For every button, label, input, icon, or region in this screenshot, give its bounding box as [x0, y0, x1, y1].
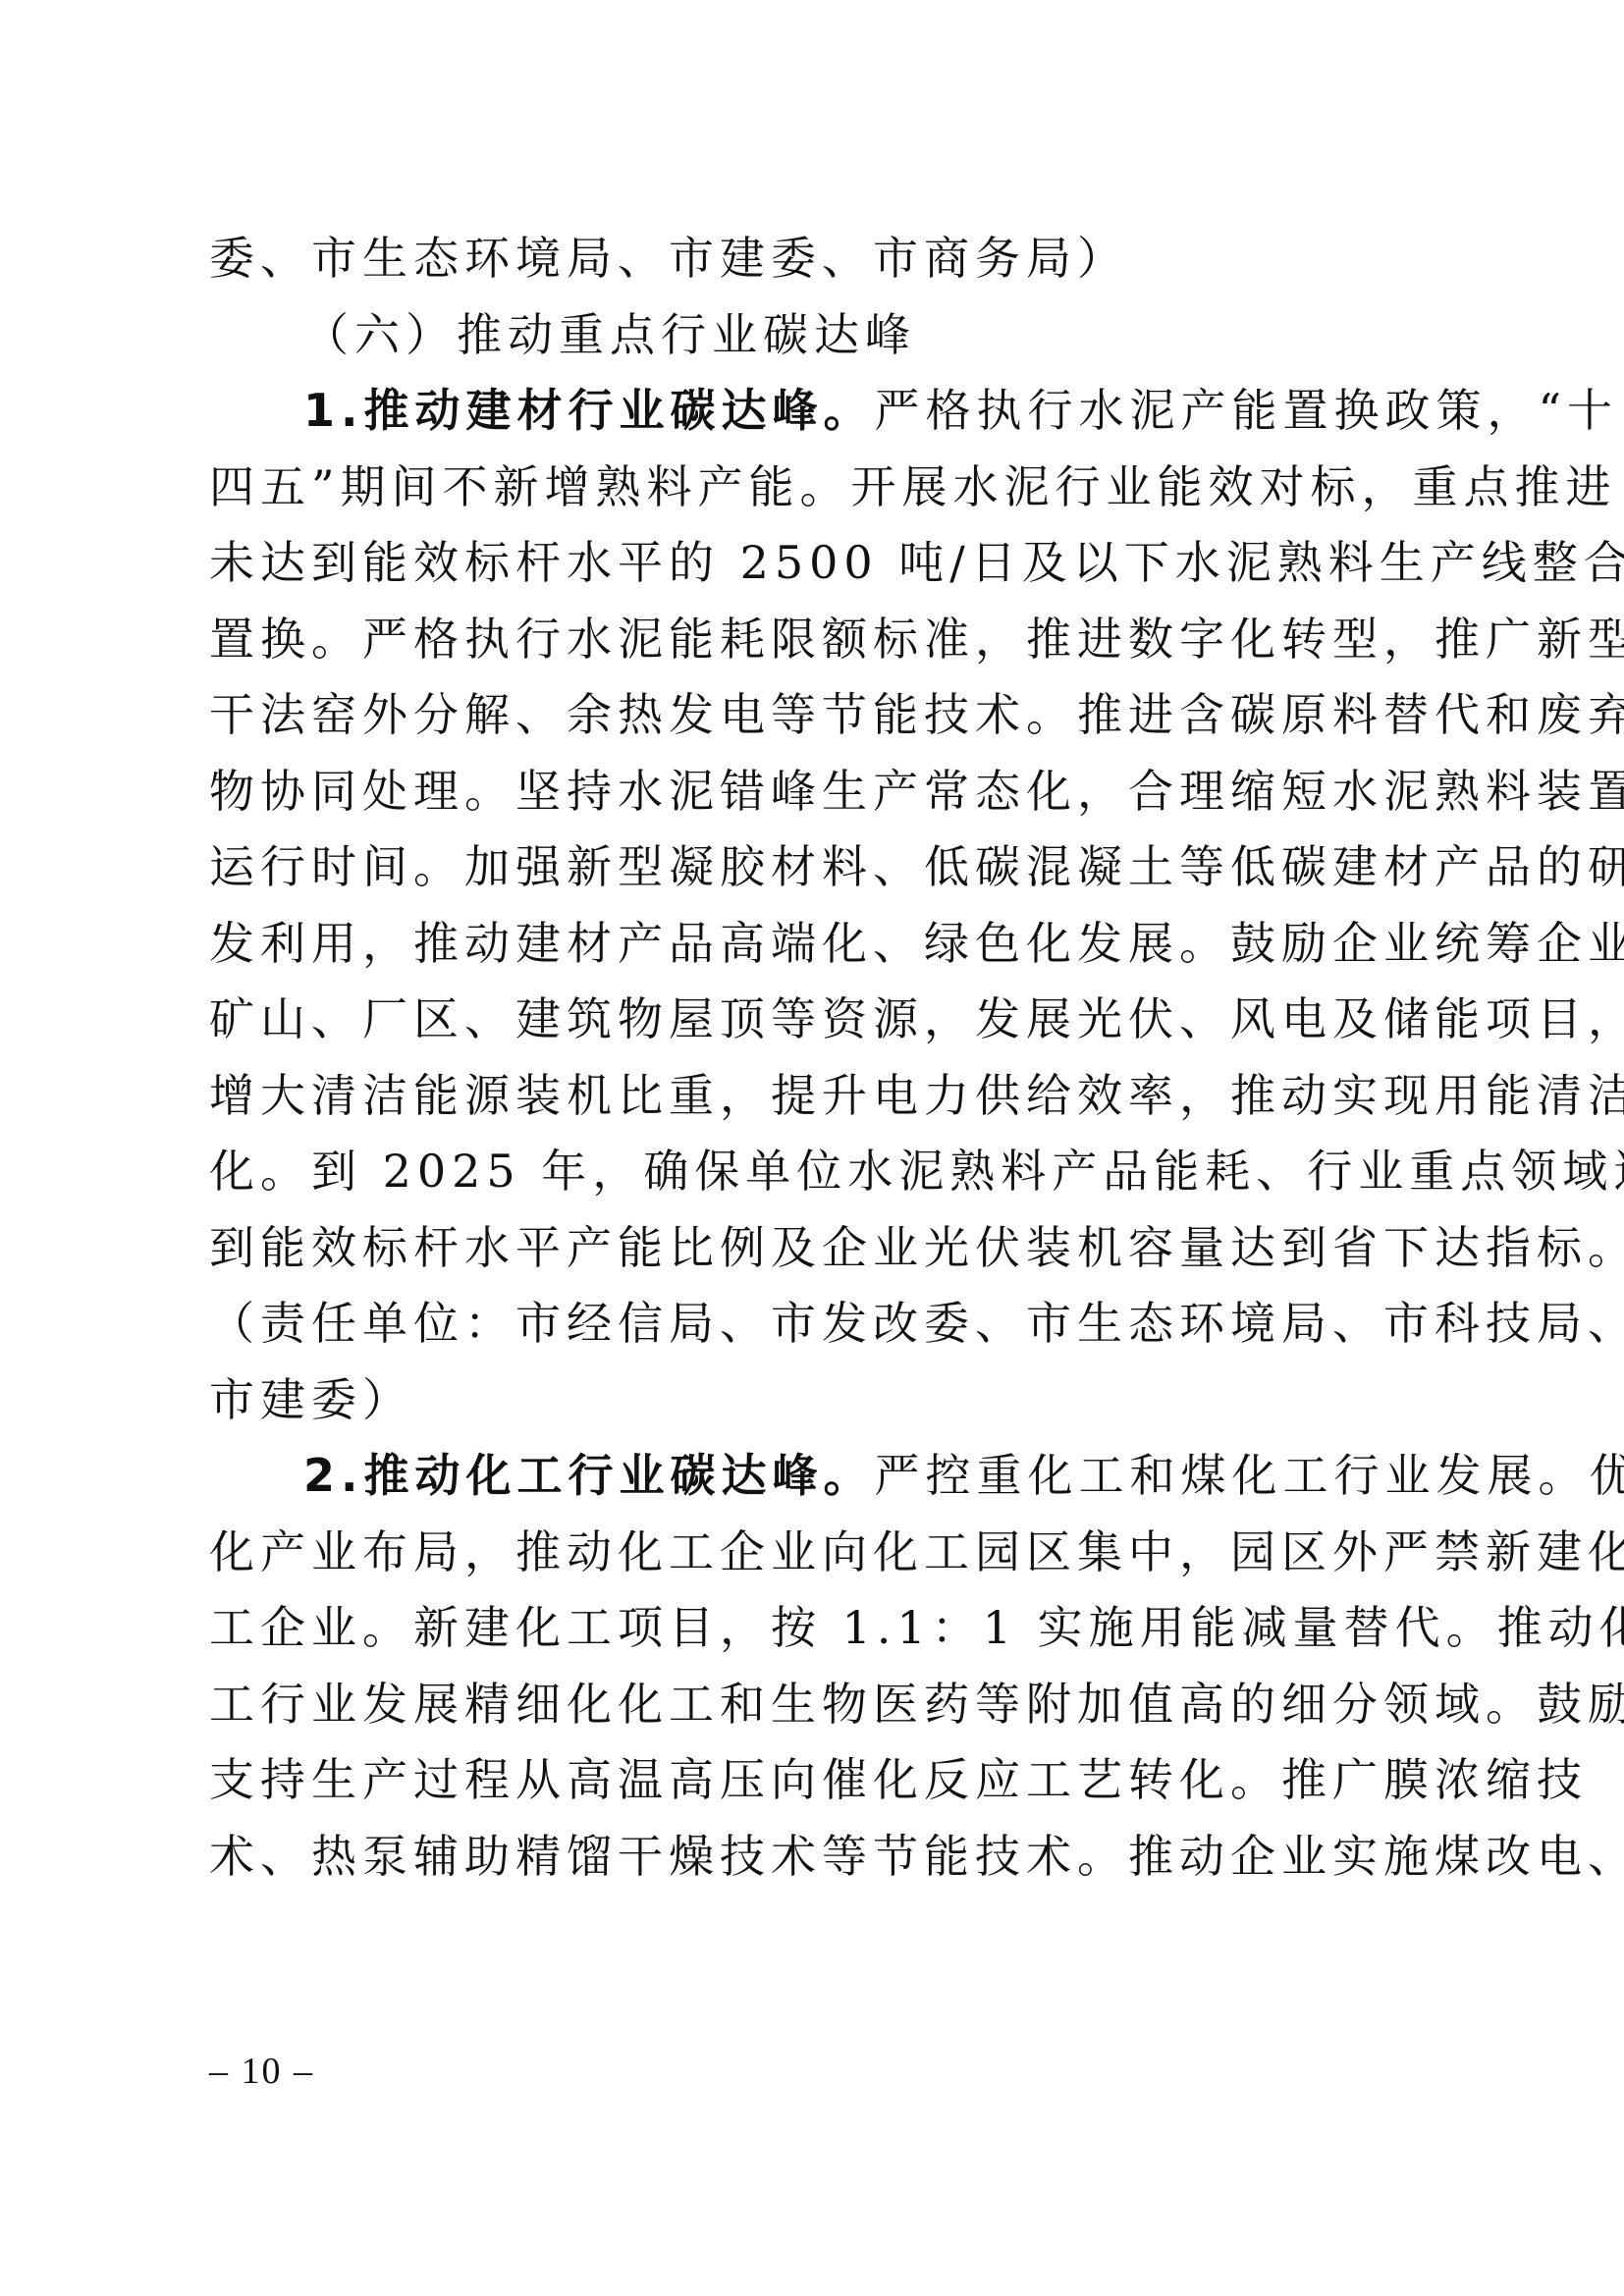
text-line: 化产业布局，推动化工企业向化工园区集中，园区外严禁新建化: [209, 1515, 1431, 1591]
text-line: 增大清洁能源装机比重，提升电力供给效率，推动实现用能清洁: [209, 1058, 1431, 1135]
text-line: 运行时间。加强新型凝胶材料、低碳混凝土等低碳建材产品的研: [209, 829, 1431, 906]
item-1-title: 1.推动建材行业碳达峰。: [303, 384, 874, 437]
item-1-first-line: 1.推动建材行业碳达峰。严格执行水泥产能置换政策，“十: [209, 373, 1431, 450]
responsible-units-line: 市建委）: [209, 1362, 1431, 1439]
text-line: 术、热泵辅助精馏干燥技术等节能技术。推动企业实施煤改电、: [209, 1819, 1431, 1896]
text-line: 未达到能效标杆水平的 2500 吨/日及以下水泥熟料生产线整合: [209, 525, 1431, 602]
item-1: 1.推动建材行业碳达峰。严格执行水泥产能置换政策，“十 四五”期间不新增熟料产能…: [209, 373, 1431, 1438]
text-line: 四五”期间不新增熟料产能。开展水泥行业能效对标，重点推进: [209, 450, 1431, 526]
responsible-units-line: （责任单位：市经信局、市发改委、市生态环境局、市科技局、: [209, 1286, 1431, 1362]
text-line: 严控重化工和煤化工行业发展。优: [874, 1449, 1624, 1502]
document-page: 委、市生态环境局、市建委、市商务局） （六）推动重点行业碳达峰 1.推动建材行业…: [209, 221, 1431, 1895]
item-2-title: 2.推动化工行业碳达峰。: [303, 1449, 874, 1502]
text-line: 支持生产过程从高温高压向催化反应工艺转化。推广膜浓缩技: [209, 1742, 1431, 1819]
text-line: 发利用，推动建材产品高端化、绿色化发展。鼓励企业统筹企业: [209, 906, 1431, 983]
text-line: 矿山、厂区、建筑物屋顶等资源，发展光伏、风电及储能项目，: [209, 982, 1431, 1058]
item-2-first-line: 2.推动化工行业碳达峰。严控重化工和煤化工行业发展。优: [209, 1438, 1431, 1515]
item-2: 2.推动化工行业碳达峰。严控重化工和煤化工行业发展。优 化产业布局，推动化工企业…: [209, 1438, 1431, 1895]
text-line: 化。到 2025 年，确保单位水泥熟料产品能耗、行业重点领域达: [209, 1134, 1431, 1210]
page-number: – 10 –: [209, 2050, 314, 2093]
section-heading: （六）推动重点行业碳达峰: [209, 297, 1431, 374]
text-line: 物协同处理。坚持水泥错峰生产常态化，合理缩短水泥熟料装置: [209, 754, 1431, 830]
text-line: 严格执行水泥产能置换政策，“十: [874, 384, 1618, 437]
text-line: 干法窑外分解、余热发电等节能技术。推进含碳原料替代和废弃: [209, 677, 1431, 754]
text-line: 工行业发展精细化化工和生物医药等附加值高的细分领域。鼓励: [209, 1667, 1431, 1743]
text-line: 委、市生态环境局、市建委、市商务局）: [209, 221, 1431, 297]
text-line: 置换。严格执行水泥能耗限额标准，推进数字化转型，推广新型: [209, 602, 1431, 678]
text-line: 工企业。新建化工项目，按 1.1：1 实施用能减量替代。推动化: [209, 1590, 1431, 1667]
text-line: 到能效标杆水平产能比例及企业光伏装机容量达到省下达指标。: [209, 1210, 1431, 1287]
